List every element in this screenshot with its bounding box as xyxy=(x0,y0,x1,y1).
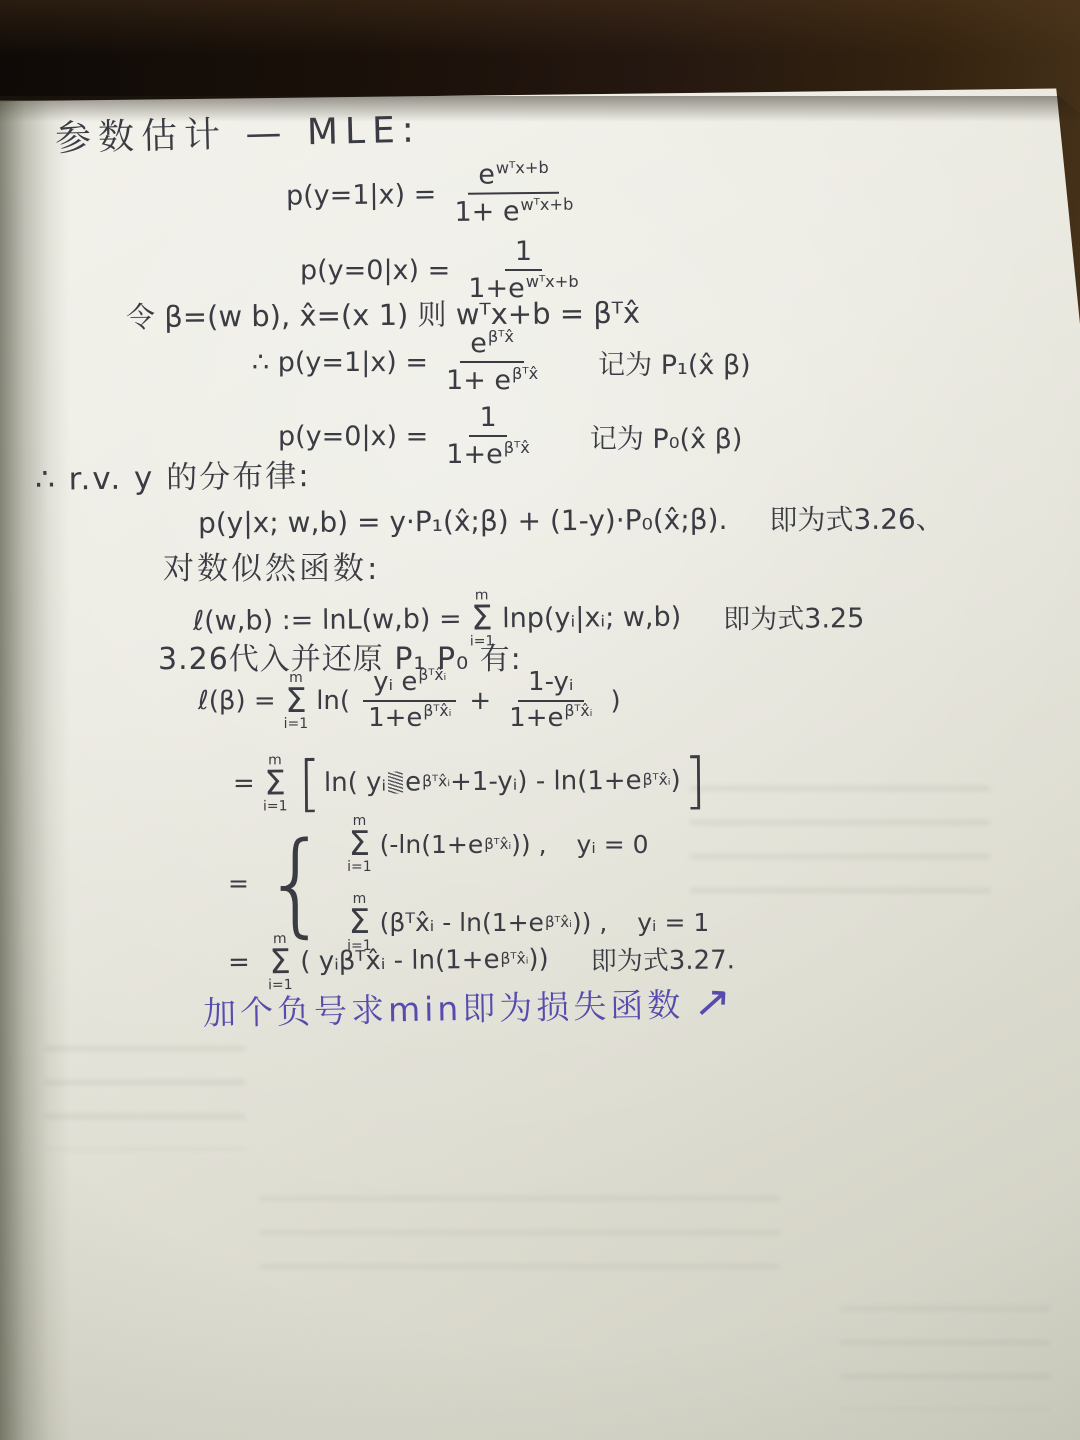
numerator: 1 xyxy=(469,402,506,437)
equation-lhs: ∴ p(y=1|x) = xyxy=(252,347,428,378)
case-condition: yᵢ = 0 xyxy=(577,830,649,859)
equation-p0-beta: p(y=0|x) = 1 1+eβᵀx̂ 记为 P₀(x̂ β) xyxy=(278,402,742,470)
page-gutter-shadow xyxy=(0,100,70,1440)
equation-lbeta: ℓ(β) = mΣi=1 ln( yᵢ eβᵀx̂ᵢ 1+eβᵀx̂ᵢ + 1-… xyxy=(198,668,621,734)
exponent: βᵀx̂ᵢ xyxy=(643,773,671,789)
exponent: wᵀx+b xyxy=(520,195,573,215)
fraction: 1-yᵢ 1+eβᵀx̂ᵢ xyxy=(499,668,602,734)
exponent: βᵀx̂ xyxy=(504,438,530,457)
formula-body: p(y|x; w,b) = y·P₁(x̂;β) + (1-y)·P₀(x̂;β… xyxy=(198,502,728,539)
denote-note: 记为 P₁(x̂ β) xyxy=(598,343,751,382)
plus-sign: + xyxy=(469,686,491,716)
summation-symbol: mΣi=1 xyxy=(284,671,309,731)
exponent: βᵀx̂ᵢ xyxy=(423,702,451,720)
equals-sign: = xyxy=(228,869,249,898)
denote-note: 记为 P₀(x̂ β) xyxy=(590,417,743,456)
formula-reference: 即为式3.26、 xyxy=(769,497,944,538)
equals-sign: = xyxy=(233,769,255,799)
exponent: βᵀx̂ᵢ xyxy=(564,702,592,720)
formula-reference: 即为式3.27. xyxy=(591,939,736,978)
close-bracket: ] xyxy=(684,750,707,811)
numerator: 1-yᵢ xyxy=(518,668,584,702)
fraction: yᵢ eβᵀx̂ᵢ 1+eβᵀx̂ᵢ xyxy=(358,668,461,734)
exponent: wᵀx+b xyxy=(496,158,549,178)
equation-lhs: ℓ(β) = xyxy=(198,686,276,716)
equation-p1-beta: ∴ p(y=1|x) = eβᵀx̂ 1+ eβᵀx̂ 记为 P₁(x̂ β) xyxy=(252,328,751,396)
equation-lhs: ℓ(w,b) := lnL(w,b) = xyxy=(193,603,462,636)
distribution-law-line: p(y|x; w,b) = y·P₁(x̂;β) + (1-y)·P₀(x̂;β… xyxy=(198,497,944,542)
case-y0: mΣi=1 (-ln(1+e βᵀx̂ᵢ )) , yᵢ = 0 xyxy=(339,814,709,874)
ink-bleed-through xyxy=(840,1290,1050,1410)
exponent: βᵀx̂ᵢ xyxy=(500,952,528,968)
up-right-arrow-icon: ↗ xyxy=(693,979,736,1025)
denominator: 1+ ewᵀx+b xyxy=(444,194,583,228)
summation-symbol: mΣi=1 xyxy=(263,753,288,813)
equation-rhs: lnp(yᵢ|xᵢ; w,b) xyxy=(502,601,681,634)
numerator: ewᵀx+b xyxy=(468,159,559,195)
exponent: βᵀx̂ xyxy=(512,364,538,383)
equation-expanded: = mΣi=1 [ ln( yᵢ e βᵀx̂ᵢ +1-yᵢ) - ln(1+e… xyxy=(233,750,710,814)
denominator: 1+eβᵀx̂ᵢ xyxy=(499,702,602,734)
numerator: 1 xyxy=(505,236,542,271)
fraction: ewᵀx+b 1+ ewᵀx+b xyxy=(444,158,584,228)
exponent: βᵀx̂ᵢ xyxy=(545,915,572,930)
loglikelihood-heading: 对数似然函数: xyxy=(163,543,380,588)
distribution-heading: ∴ r.v. y 的分布律: xyxy=(35,450,311,499)
equation-lhs: p(y=0|x) = xyxy=(278,421,428,452)
denominator: 1+eβᵀx̂ᵢ xyxy=(358,702,461,734)
fraction: eβᵀx̂ 1+ eβᵀx̂ xyxy=(436,328,548,396)
summation-symbol: mΣi=1 xyxy=(267,932,292,993)
ink-bleed-through xyxy=(45,1030,245,1150)
exponent: βᵀx̂ᵢ xyxy=(418,666,446,684)
case-brace: { xyxy=(263,827,329,939)
ink-bleed-through xyxy=(260,1180,780,1290)
summation-symbol: mΣi=1 xyxy=(347,814,372,874)
close-paren: ) xyxy=(610,686,620,716)
loss-function-annotation: 加个负号求min即为损失函数 ↗ xyxy=(203,978,736,1034)
equation-p1-wb: p(y=1|x) = ewᵀx+b 1+ ewᵀx+b xyxy=(286,158,592,229)
equals-sign: = xyxy=(228,948,250,978)
denominator: 1+eβᵀx̂ xyxy=(436,437,540,470)
scribbled-correction xyxy=(388,772,403,794)
exponent: βᵀx̂ᵢ xyxy=(422,774,450,790)
equation-lhs: p(y=0|x) = xyxy=(300,255,450,286)
numerator: eβᵀx̂ xyxy=(460,328,524,363)
notes-title: 参数估计 — MLE: xyxy=(54,102,421,162)
numerator: yᵢ eβᵀx̂ᵢ xyxy=(363,668,456,702)
exponent: wᵀx+b xyxy=(526,272,579,291)
notebook-photo: 参数估计 — MLE: p(y=1|x) = ewᵀx+b 1+ ewᵀx+b … xyxy=(0,0,1080,1440)
denominator: 1+ eβᵀx̂ xyxy=(436,363,548,396)
ln-open: ln( xyxy=(316,686,350,716)
equation-lhs: p(y=1|x) = xyxy=(286,179,437,212)
fraction: 1 1+eβᵀx̂ xyxy=(436,402,540,470)
exponent: βᵀx̂ᵢ xyxy=(484,837,511,852)
open-bracket: [ xyxy=(298,753,321,814)
ink-bleed-through xyxy=(690,770,990,920)
exponent: βᵀx̂ xyxy=(488,327,514,346)
formula-reference: 即为式3.25 xyxy=(723,596,864,636)
